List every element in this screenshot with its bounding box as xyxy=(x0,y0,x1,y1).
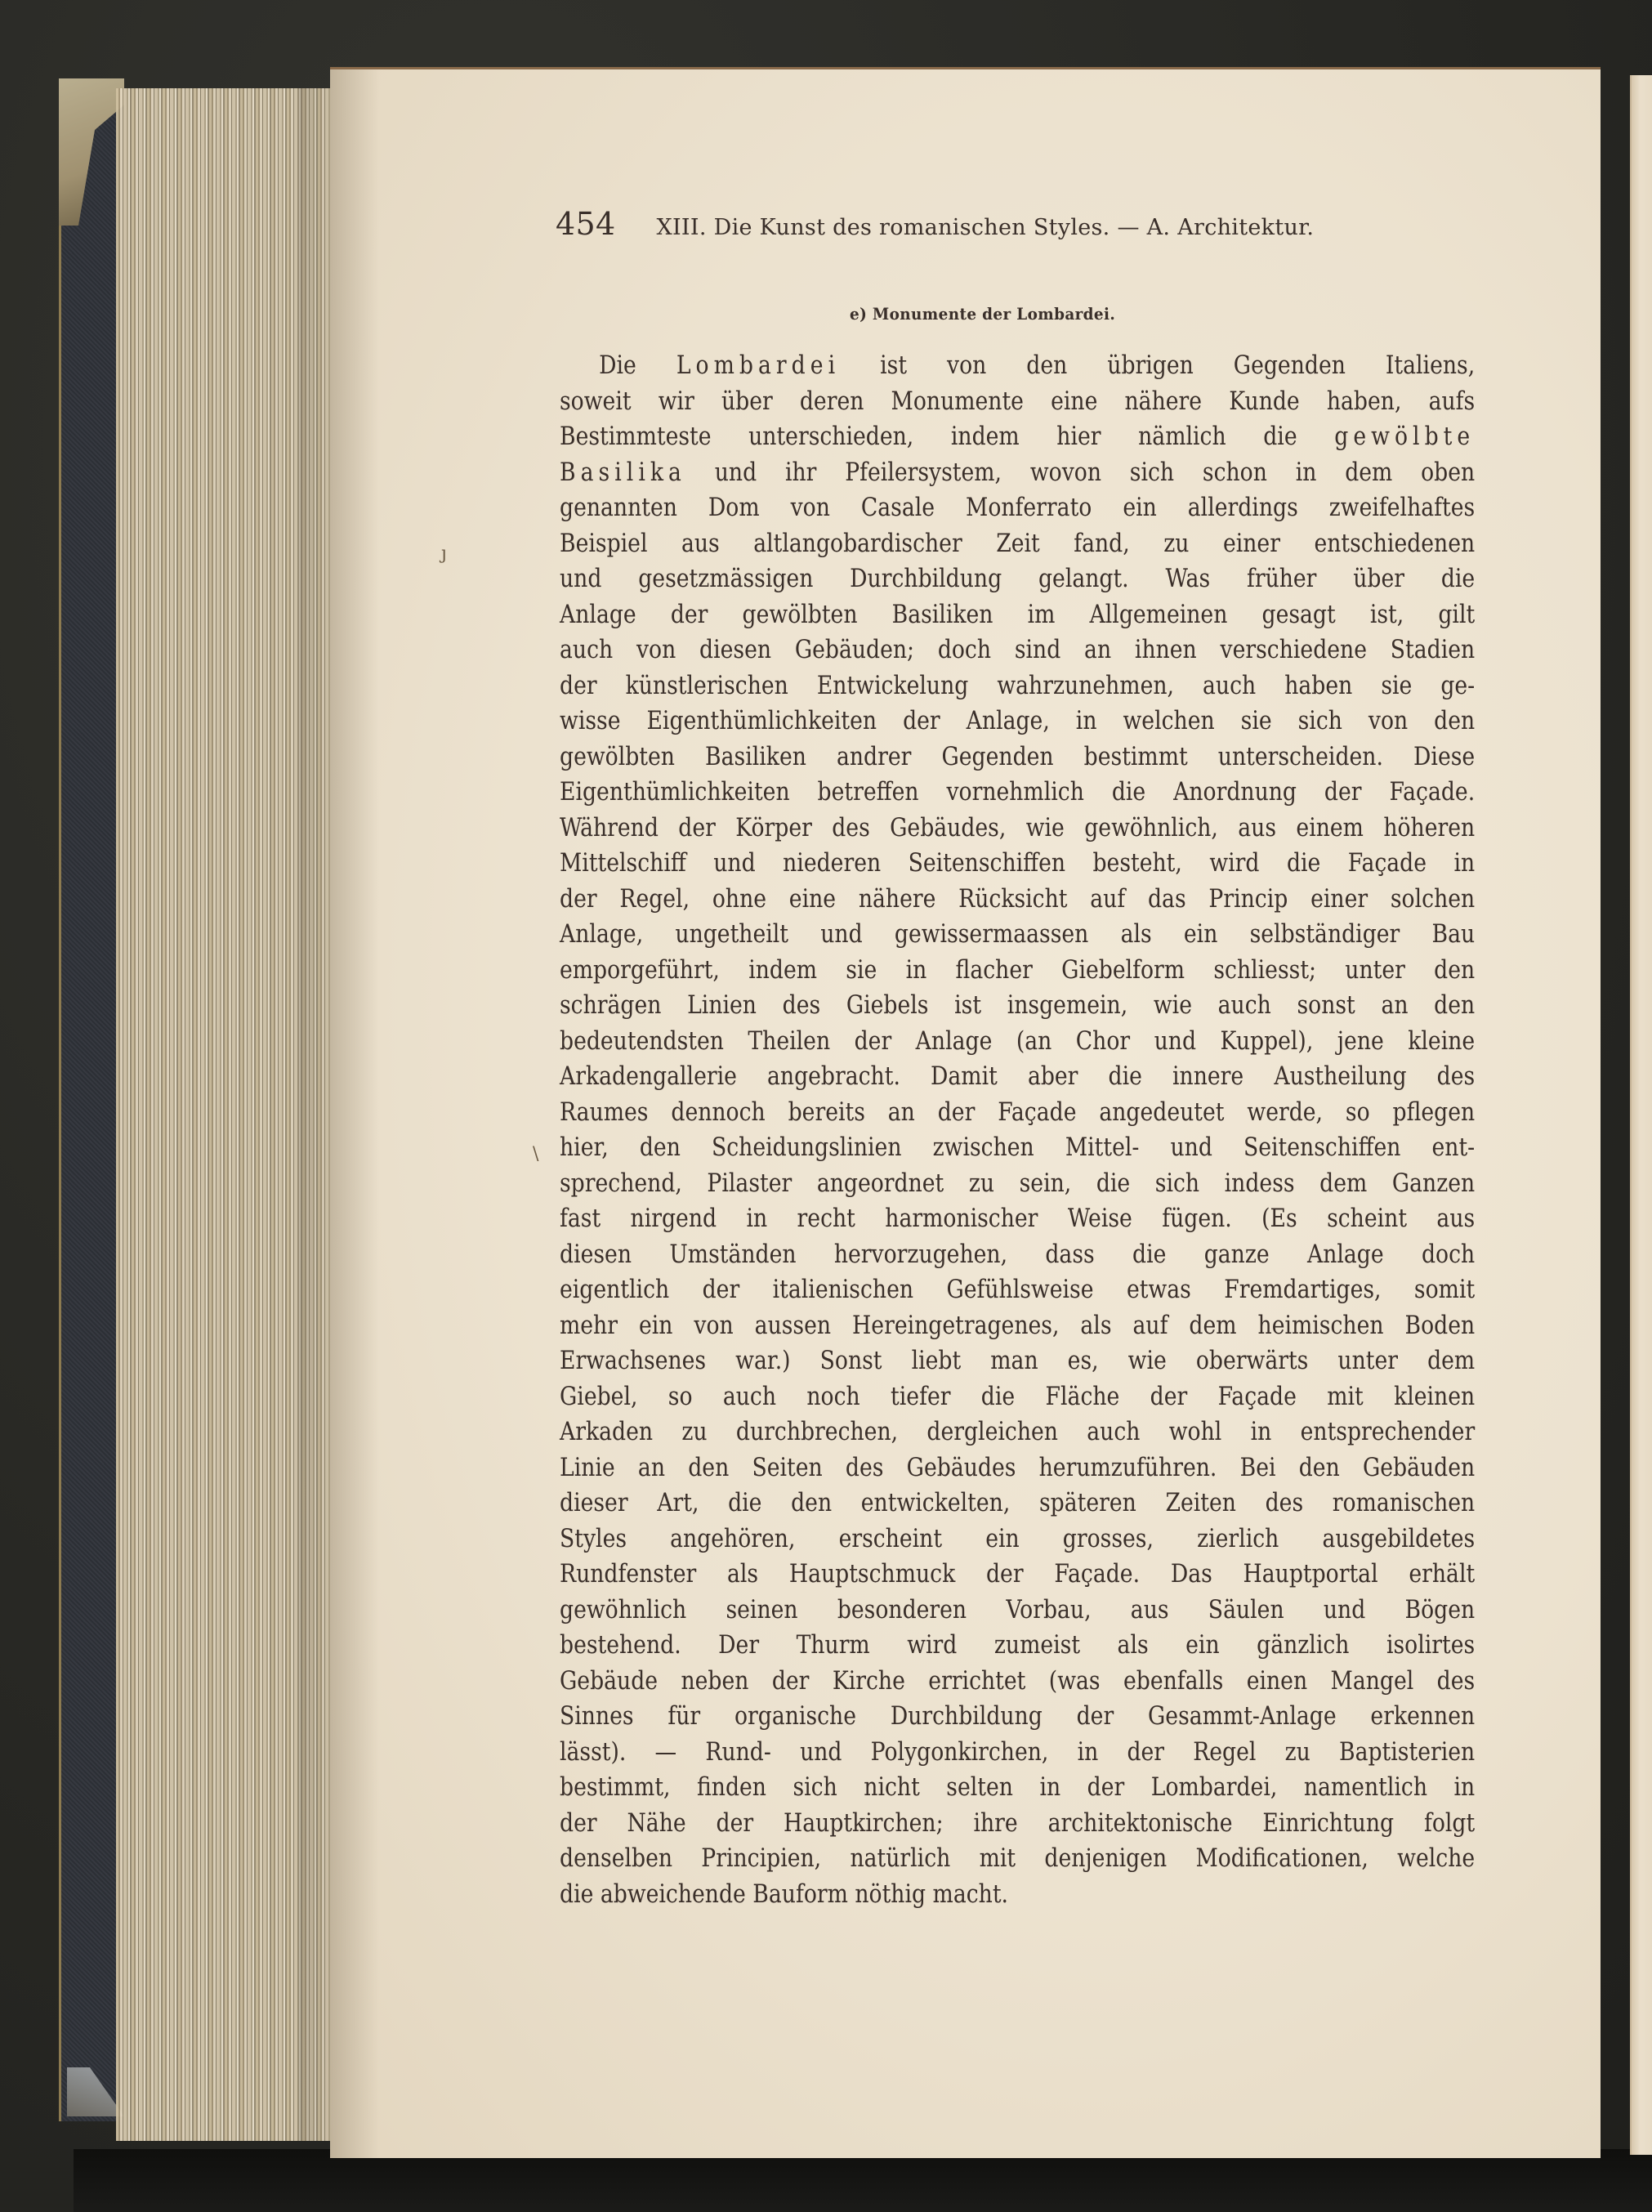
text-line: Gebäude neben der Kirche errichtet (was … xyxy=(560,1664,1475,1700)
text-line: Sinnes für organische Durchbildung der G… xyxy=(560,1699,1475,1735)
text-line: denselben Principien, natürlich mit denj… xyxy=(560,1841,1475,1877)
text-line: Arkaden zu durchbrechen, dergleichen auc… xyxy=(560,1414,1475,1450)
page-number: 454 xyxy=(556,206,615,242)
text-line: Die Lombardei ist von den übrigen Gegend… xyxy=(560,348,1475,384)
text-line: auch von diesen Gebäuden; doch sind an i… xyxy=(560,632,1475,668)
text-line: der künstlerischen Entwickelung wahrzune… xyxy=(560,668,1475,704)
body-paragraph: Die Lombardei ist von den übrigen Gegend… xyxy=(560,348,1475,1912)
text-line: der Nähe der Hauptkirchen; ihre architek… xyxy=(560,1806,1475,1842)
text-line: emporgeführt, indem sie in flacher Giebe… xyxy=(560,953,1475,989)
text-line: der Regel, ohne eine nähere Rücksicht au… xyxy=(560,882,1475,918)
text-line: diesen Umständen hervorzugehen, dass die… xyxy=(560,1237,1475,1273)
margin-pencil-mark: ȷ xyxy=(441,543,447,564)
text-line: wisse Eigenthümlichkeiten der Anlage, in… xyxy=(560,704,1475,740)
text-line: gewöhnlich seinen besonderen Vorbau, aus… xyxy=(560,1593,1475,1629)
text-line: Rundfenster als Hauptschmuck der Façade.… xyxy=(560,1557,1475,1593)
text-line: Linie an den Seiten des Gebäudes herumzu… xyxy=(560,1450,1475,1486)
text-line: Raumes dennoch bereits an der Façade ang… xyxy=(560,1095,1475,1131)
text-line: Mittelschiff und niederen Seitenschiffen… xyxy=(560,846,1475,882)
emphasized-term: Basilika xyxy=(560,458,686,487)
text-line: Eigenthümlichkeiten betreffen vornehmlic… xyxy=(560,775,1475,811)
emphasized-term: gewölbte xyxy=(1334,422,1475,451)
text-line: Während der Körper des Gebäudes, wie gew… xyxy=(560,811,1475,847)
text-line: bestehend. Der Thurm wird zumeist als ei… xyxy=(560,1628,1475,1664)
text-line: Bestimmteste unterschieden, indem hier n… xyxy=(560,419,1475,455)
text-line: fast nirgend in recht harmonischer Weise… xyxy=(560,1201,1475,1237)
text-line: bestimmt, finden sich nicht selten in de… xyxy=(560,1770,1475,1806)
text-line: Basilika und ihr Pfeilersystem, wovon si… xyxy=(560,455,1475,491)
text-line: Arkadengallerie angebracht. Damit aber d… xyxy=(560,1059,1475,1095)
text-line: Anlage der gewölbten Basiliken im Allgem… xyxy=(560,597,1475,633)
text-line: hier, den Scheidungslinien zwischen Mitt… xyxy=(560,1130,1475,1166)
emphasized-term: Lombardei xyxy=(676,351,840,380)
text-line: eigentlich der italienischen Gefühlsweis… xyxy=(560,1272,1475,1308)
text-line: dieser Art, die den entwickelten, später… xyxy=(560,1486,1475,1522)
section-title: e) Monumente der Lombardei. xyxy=(850,304,1115,324)
book-shadow xyxy=(74,2149,1652,2212)
margin-pencil-mark: \ xyxy=(533,1144,538,1164)
text-line: gewölbten Basiliken andrer Gegenden best… xyxy=(560,740,1475,775)
text-line: bedeutendsten Theilen der Anlage (an Cho… xyxy=(560,1024,1475,1060)
running-head: 454 XIII. Die Kunst des romanischen Styl… xyxy=(556,206,1397,242)
text-line: Styles angehören, erscheint ein grosses,… xyxy=(560,1522,1475,1557)
text-line: Beispiel aus altlangobardischer Zeit fan… xyxy=(560,526,1475,562)
text-line: Giebel, so auch noch tiefer die Fläche d… xyxy=(560,1379,1475,1415)
text-line: lässt). — Rund- und Polygonkirchen, in d… xyxy=(560,1735,1475,1771)
text-line: soweit wir über deren Monumente eine näh… xyxy=(560,384,1475,420)
text-line: schrägen Linien des Giebels ist insgemei… xyxy=(560,988,1475,1024)
text-line: genannten Dom von Casale Monferrato ein … xyxy=(560,490,1475,526)
running-head-title: XIII. Die Kunst des romanischen Styles. … xyxy=(656,215,1314,240)
text-line: Erwachsenes war.) Sonst liebt man es, wi… xyxy=(560,1343,1475,1379)
text-line: und gesetzmässigen Durchbildung gelangt.… xyxy=(560,561,1475,597)
next-page-edge xyxy=(1630,75,1652,2155)
text-line: sprechend, Pilaster angeordnet zu sein, … xyxy=(560,1166,1475,1202)
book-cover-binding xyxy=(59,78,118,2121)
text-line: mehr ein von aussen Hereingetragenes, al… xyxy=(560,1308,1475,1344)
text-line: Anlage, ungetheilt und gewissermaassen a… xyxy=(560,917,1475,953)
text-line: die abweichende Bauform nöthig macht. xyxy=(560,1877,1475,1913)
page-block-edges xyxy=(116,88,330,2141)
